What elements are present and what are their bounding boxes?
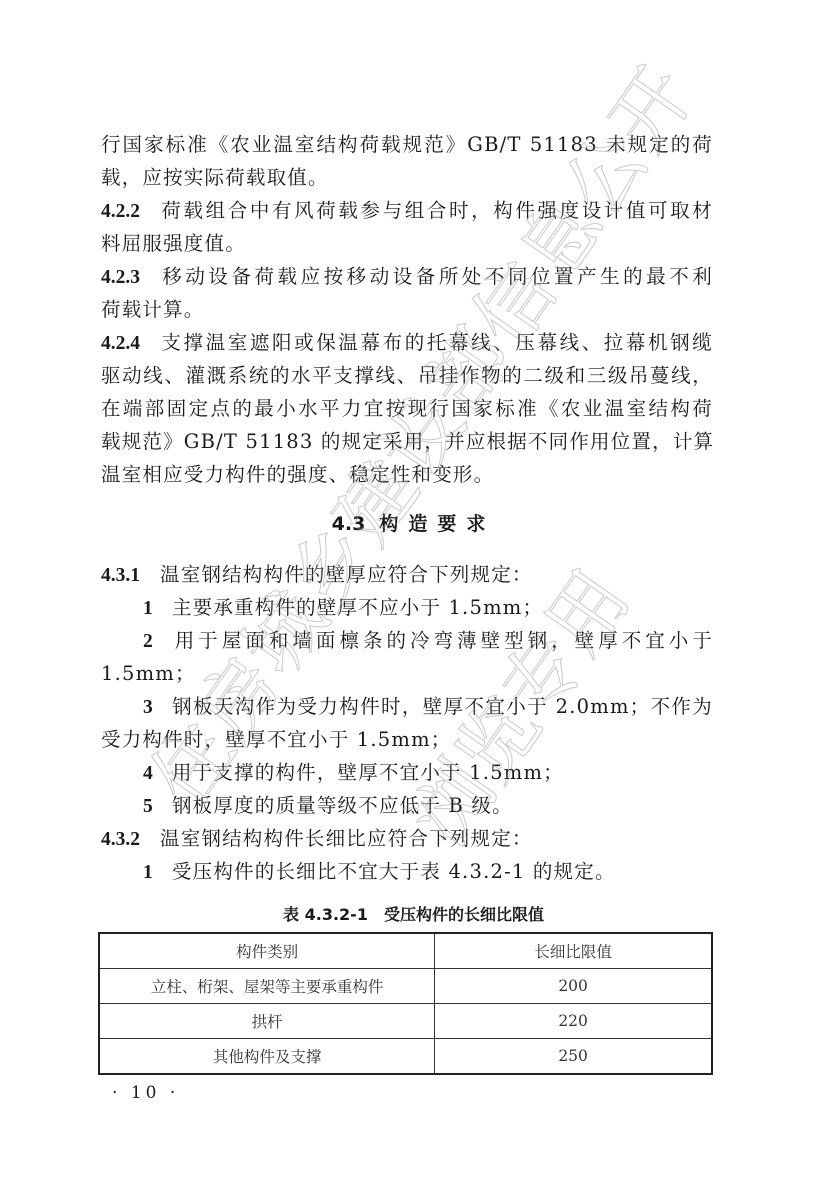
paragraph-line: 荷载计算。	[101, 295, 713, 325]
paragraph-line: 在端部固定点的最小水平力宜按现行国家标准《农业温室结构荷	[101, 394, 713, 424]
clause-number: 4.2.4	[101, 333, 140, 354]
clause-text: 温室钢结构构件的壁厚应符合下列规定：	[160, 563, 533, 586]
item-text: 钢板天沟作为受力构件时，壁厚不宜小于 2.0mm；不作为	[172, 695, 713, 718]
item-number: 2	[143, 631, 154, 652]
table-cell: 200	[435, 969, 712, 1004]
section-title-text: 构造要求	[379, 513, 495, 535]
table-caption: 表 4.3.2-1 受压构件的长细比限值	[0, 902, 827, 925]
item-number: 4	[143, 763, 154, 784]
clause-4-2-4: 4.2.4支撑温室遮阳或保温幕布的托幕线、压幕线、拉幕机钢缆	[101, 328, 713, 359]
paragraph-line: 行国家标准《农业温室结构荷载规范》GB/T 51183 未规定的荷	[101, 130, 713, 160]
paragraph-line: 驱动线、灌溉系统的水平支撑线、吊挂作物的二级和三级吊蔓线，	[101, 361, 713, 391]
paragraph-line: 载，应按实际荷载取值。	[101, 163, 713, 193]
list-item: 1受压构件的长细比不宜大于表 4.3.2-1 的规定。	[143, 857, 713, 888]
item-text: 主要承重构件的壁厚不应小于 1.5mm；	[172, 596, 543, 619]
slenderness-table: 构件类别 长细比限值 立柱、桁架、屋架等主要承重构件 200 拱杆 220 其他…	[98, 932, 713, 1075]
paragraph-line: 料屈服强度值。	[101, 229, 713, 259]
paragraph-line: 温室相应受力构件的强度、稳定性和变形。	[101, 460, 713, 490]
section-number: 4.3	[332, 513, 366, 535]
table-header-cell: 构件类别	[99, 933, 435, 969]
paragraph-line: 载规范》GB/T 51183 的规定采用，并应根据不同作用位置，计算	[101, 427, 713, 457]
table-cell: 其他构件及支撑	[99, 1039, 435, 1075]
item-text: 钢板厚度的质量等级不应低于 B 级。	[172, 794, 513, 817]
table-header-cell: 长细比限值	[435, 933, 712, 969]
page-number: · 10 ·	[112, 1083, 179, 1103]
document-page: 行国家标准《农业温室结构荷载规范》GB/T 51183 未规定的荷 载，应按实际…	[0, 0, 827, 1199]
table-cell: 220	[435, 1004, 712, 1039]
clause-text: 温室钢结构构件长细比应符合下列规定：	[160, 827, 533, 850]
clause-4-3-1: 4.3.1温室钢结构构件的壁厚应符合下列规定：	[101, 560, 713, 591]
item-text: 受压构件的长细比不宜大于表 4.3.2-1 的规定。	[172, 860, 616, 883]
list-item: 1主要承重构件的壁厚不应小于 1.5mm；	[143, 593, 713, 624]
clause-number: 4.3.1	[101, 565, 140, 586]
item-text: 用于支撑的构件，壁厚不宜小于 1.5mm；	[172, 761, 564, 784]
clause-text: 支撑温室遮阳或保温幕布的托幕线、压幕线、拉幕机钢缆	[160, 331, 713, 354]
item-number: 1	[143, 862, 154, 883]
item-number: 3	[143, 697, 154, 718]
item-text: 用于屋面和墙面檩条的冷弯薄壁型钢，壁厚不宜小于	[172, 629, 713, 652]
list-item: 5钢板厚度的质量等级不应低于 B 级。	[143, 791, 713, 822]
table-row: 其他构件及支撑 250	[99, 1039, 712, 1075]
list-item: 2用于屋面和墙面檩条的冷弯薄壁型钢，壁厚不宜小于	[143, 626, 713, 657]
list-item: 4用于支撑的构件，壁厚不宜小于 1.5mm；	[143, 758, 713, 789]
clause-4-2-3: 4.2.3移动设备荷载应按移动设备所处不同位置产生的最不利	[101, 262, 713, 293]
paragraph-line: 受力构件时，壁厚不宜小于 1.5mm；	[101, 725, 713, 755]
table-cell: 拱杆	[99, 1004, 435, 1039]
paragraph-line: 1.5mm；	[101, 659, 713, 689]
clause-text: 移动设备荷载应按移动设备所处不同位置产生的最不利	[160, 265, 713, 288]
table-cell: 250	[435, 1039, 712, 1075]
table-row: 立柱、桁架、屋架等主要承重构件 200	[99, 969, 712, 1004]
table-header-row: 构件类别 长细比限值	[99, 933, 712, 969]
item-number: 1	[143, 598, 154, 619]
table-row: 拱杆 220	[99, 1004, 712, 1039]
clause-number: 4.2.2	[101, 201, 140, 222]
clause-number: 4.3.2	[101, 829, 140, 850]
clause-text: 荷载组合中有风荷载参与组合时，构件强度设计值可取材	[160, 199, 713, 222]
clause-number: 4.2.3	[101, 267, 140, 288]
list-item: 3钢板天沟作为受力构件时，壁厚不宜小于 2.0mm；不作为	[143, 692, 713, 723]
item-number: 5	[143, 796, 154, 817]
clause-4-3-2: 4.3.2温室钢结构构件长细比应符合下列规定：	[101, 824, 713, 855]
clause-4-2-2: 4.2.2荷载组合中有风荷载参与组合时，构件强度设计值可取材	[101, 196, 713, 227]
table-cell: 立柱、桁架、屋架等主要承重构件	[99, 969, 435, 1004]
section-heading: 4.3构造要求	[0, 509, 827, 536]
